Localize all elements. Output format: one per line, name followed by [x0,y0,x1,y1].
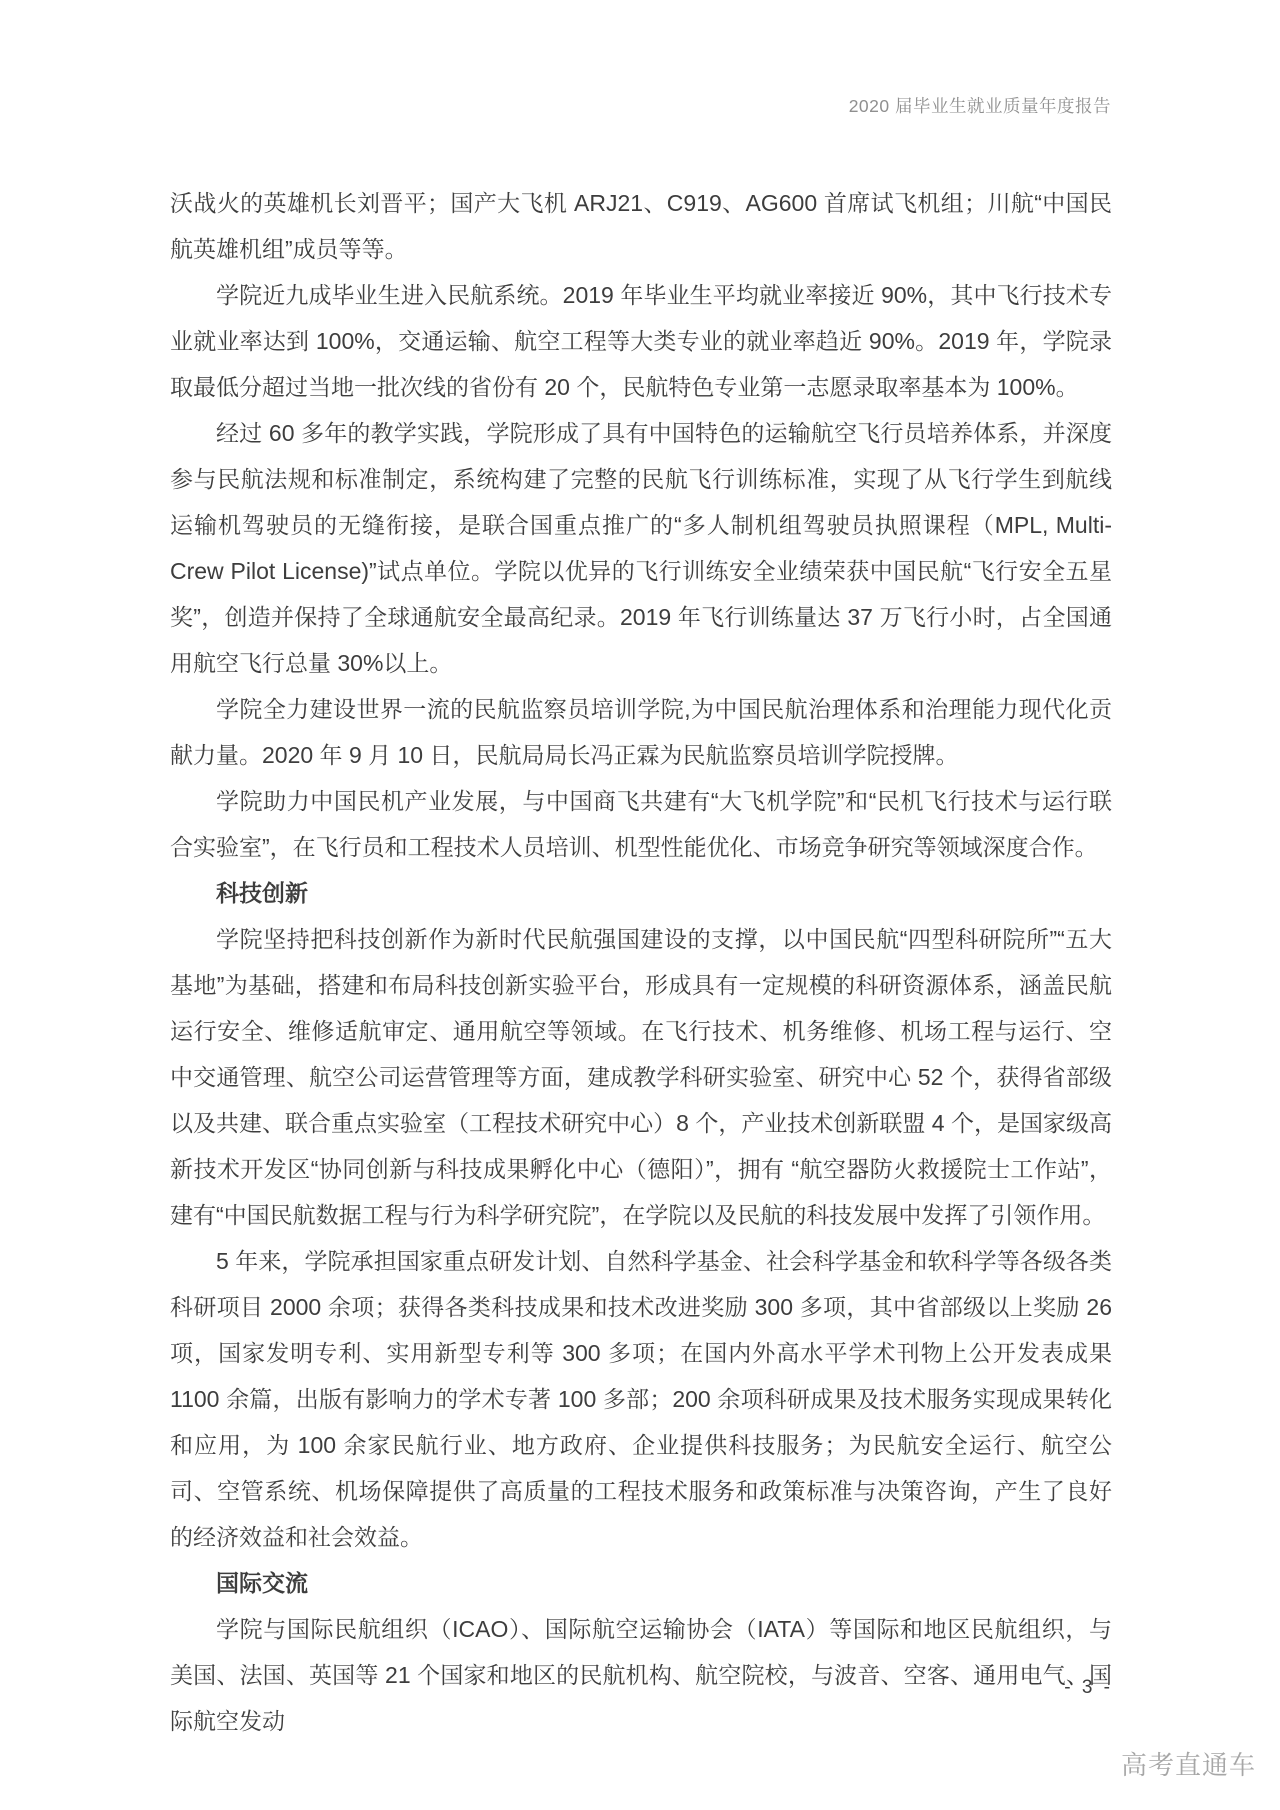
document-body: 沃战火的英雄机长刘晋平；国产大飞机 ARJ21、C919、AG600 首席试飞机… [170,180,1112,1744]
body-paragraph: 5 年来，学院承担国家重点研发计划、自然科学基金、社会科学基金和软科学等各级各类… [170,1238,1112,1560]
body-paragraph: 学院与国际民航组织（ICAO）、国际航空运输协会（IATA）等国际和地区民航组织… [170,1606,1112,1744]
page-number: - 3 - [1064,1676,1113,1700]
section-heading: 国际交流 [170,1560,1112,1606]
body-paragraph: 学院近九成毕业生进入民航系统。2019 年毕业生平均就业率接近 90%，其中飞行… [170,272,1112,410]
body-paragraph: 学院坚持把科技创新作为新时代民航强国建设的支撑，以中国民航“四型科研院所”“五大… [170,916,1112,1238]
body-paragraph: 沃战火的英雄机长刘晋平；国产大飞机 ARJ21、C919、AG600 首席试飞机… [170,180,1112,272]
watermark-text: 高考直通车 [1121,1748,1256,1782]
section-heading: 科技创新 [170,870,1112,916]
body-paragraph: 经过 60 多年的教学实践，学院形成了具有中国特色的运输航空飞行员培养体系，并深… [170,410,1112,686]
body-paragraph: 学院助力中国民机产业发展，与中国商飞共建有“大飞机学院”和“民机飞行技术与运行联… [170,778,1112,870]
document-page: 2020 届毕业生就业质量年度报告 沃战火的英雄机长刘晋平；国产大飞机 ARJ2… [0,0,1280,1810]
page-header-title: 2020 届毕业生就业质量年度报告 [849,94,1111,118]
body-paragraph: 学院全力建设世界一流的民航监察员培训学院,为中国民航治理体系和治理能力现代化贡献… [170,686,1112,778]
